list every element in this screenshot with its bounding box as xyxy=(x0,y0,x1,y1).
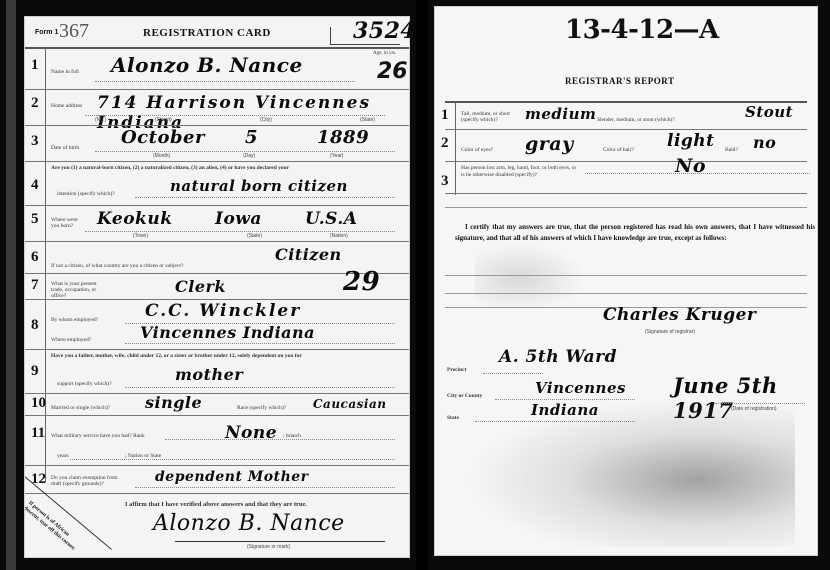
row-number: 1 xyxy=(441,107,449,124)
birth-day: 5 xyxy=(245,127,258,148)
employment-place-label: Where employed? xyxy=(51,337,91,343)
marital-label: Married or single (which)? xyxy=(51,405,110,411)
registrant-signature: Alonzo B. Nance xyxy=(153,511,345,536)
scan-gutter xyxy=(416,0,428,570)
occupation-value: Clerk xyxy=(175,277,226,296)
form-label: Form 1 xyxy=(35,29,58,36)
signature-caption: (Signature or mark) xyxy=(247,544,290,550)
name-label: Name in full xyxy=(51,69,79,75)
birthplace-label: Where were you born? xyxy=(51,217,79,229)
birth-state: Iowa xyxy=(215,209,262,229)
employer-label: By whom employed? xyxy=(51,317,98,323)
row-number: 3 xyxy=(31,133,39,150)
eye-color-value: gray xyxy=(525,133,574,155)
occupation-label: What is your present trade, occupation, … xyxy=(51,281,101,299)
row-number: 10 xyxy=(31,395,46,412)
address-label: Home address xyxy=(51,103,82,109)
row-number: 8 xyxy=(31,317,39,334)
registrar-report-title: REGISTRAR'S REPORT xyxy=(565,76,674,86)
state-label: State xyxy=(447,415,459,421)
row-divider xyxy=(45,47,46,482)
birth-date-label: Date of birth xyxy=(51,145,79,151)
row-number: 5 xyxy=(31,211,39,228)
row-number: 4 xyxy=(31,177,39,194)
citizenship-label: intention (specify which)? xyxy=(57,191,115,197)
age-value: 26 xyxy=(377,59,408,84)
registration-card-front: Form 1 367 REGISTRATION CARD 3524 Age, i… xyxy=(24,16,410,558)
hair-color-label: Color of hair? xyxy=(603,147,634,153)
marital-value: single xyxy=(145,393,202,412)
disability-label: Has person lost arm, leg, hand, foot, or… xyxy=(461,165,581,179)
birth-month: October xyxy=(121,127,205,148)
serial-number: 367 xyxy=(59,20,89,43)
row-number: 11 xyxy=(31,425,45,442)
row-number: 6 xyxy=(31,249,39,266)
registrar-code: 13-4-12—A xyxy=(565,15,719,45)
military-value: None xyxy=(225,423,277,443)
race-value: Caucasian xyxy=(313,397,386,411)
height-value: medium xyxy=(525,105,596,123)
exemption-value: dependent Mother xyxy=(155,469,309,485)
row-number: 7 xyxy=(31,277,39,294)
row-number: 1 xyxy=(31,57,39,74)
corner-note: If person is of African descent, tear of… xyxy=(25,500,85,556)
citizenship-value: natural born citizen xyxy=(170,177,348,195)
citizen-of-label: If not a citizen, of what country are yo… xyxy=(51,263,183,269)
build-value: Stout xyxy=(745,103,793,121)
precinct-value: A. 5th Ward xyxy=(499,347,617,367)
row-number: 9 xyxy=(31,363,39,380)
scan-noise xyxy=(465,397,795,547)
row-number: 3 xyxy=(441,173,449,190)
height-label: Tall, medium, or short (specify which)? xyxy=(461,111,516,123)
city-value: Vincennes xyxy=(535,379,626,397)
name-value: Alonzo B. Nance xyxy=(111,53,303,77)
row-number: 2 xyxy=(441,135,449,152)
tear-off-corner: If person is of African descent, tear of… xyxy=(25,472,125,562)
dependent-value: mother xyxy=(175,365,243,384)
card-number: 3524 xyxy=(353,18,416,44)
dependent-label: support (specify which)? xyxy=(57,381,112,387)
employer-value: C.C. Winckler xyxy=(145,301,301,321)
eye-color-label: Color of eyes? xyxy=(461,147,493,153)
age-label: Age, in yrs. xyxy=(373,51,396,56)
bald-value: no xyxy=(753,133,776,152)
birth-year: 1889 xyxy=(317,127,369,148)
bald-label: Bald? xyxy=(725,147,738,153)
race-label: Race (specify which)? xyxy=(237,405,286,411)
registrar-caption: (Signature of registrar) xyxy=(645,329,695,335)
affirmation-text: I affirm that I have verified above answ… xyxy=(125,501,307,508)
precinct-label: Precinct xyxy=(447,367,466,373)
registration-card-back: 13-4-12—A REGISTRAR'S REPORT 1 Tall, med… xyxy=(434,6,818,556)
card-title: REGISTRATION CARD xyxy=(143,27,271,39)
birth-nation: U.S.A xyxy=(305,209,357,229)
employment-place-value: Vincennes Indiana xyxy=(140,323,315,342)
hair-color-value: light xyxy=(667,131,715,151)
scan-edge xyxy=(6,0,16,570)
dependent-question: Have you a father, mother, wife, child u… xyxy=(51,353,302,359)
build-label: Slender, medium, or stout (which)? xyxy=(597,117,675,123)
row-number: 2 xyxy=(31,95,39,112)
citizen-of-value: Citizen xyxy=(275,245,342,264)
citizenship-question: Are you (1) a natural-born citizen, (2) … xyxy=(51,165,289,171)
military-label: What military service have you had? Rank xyxy=(51,433,145,439)
birth-town: Keokuk xyxy=(97,209,172,229)
registrar-signature: Charles Kruger xyxy=(603,305,756,325)
certification-text: I certify that my answers are true, that… xyxy=(455,222,815,244)
occupation-extra: 29 xyxy=(343,267,380,297)
